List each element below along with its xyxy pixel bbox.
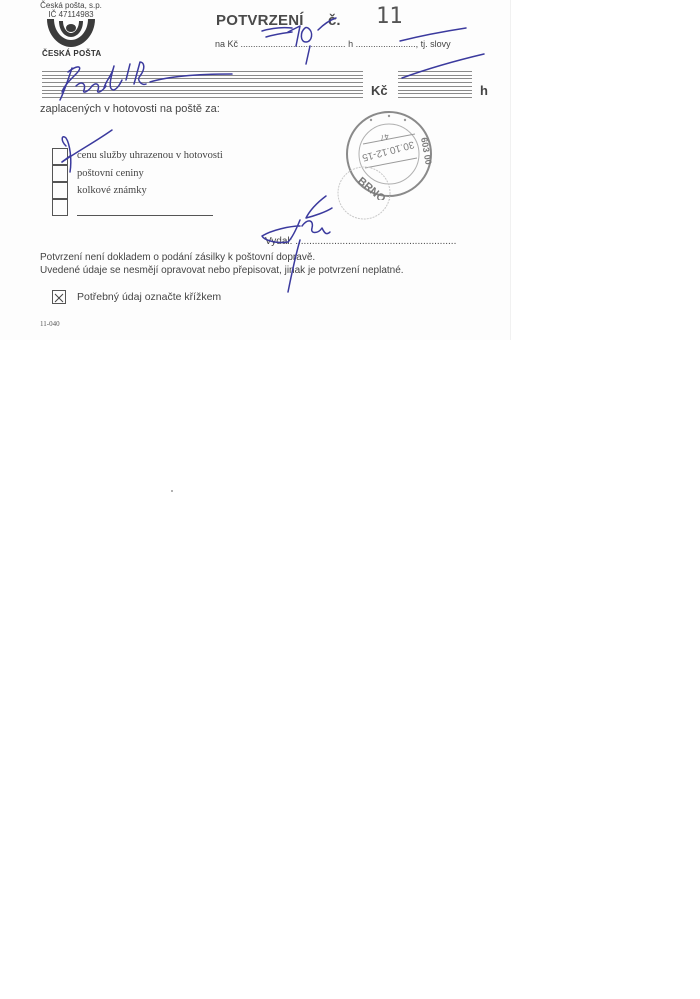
ruled-line [42, 90, 363, 91]
company-info: Česká pošta, s.p. IČ 47114983 [40, 1, 102, 19]
issued-label: Vydal: [265, 236, 292, 247]
form-title: POTVRZENÍ [216, 12, 304, 29]
legend-text: Potřebný údaj označte křížkem [77, 291, 221, 303]
other-option-field[interactable] [77, 215, 213, 216]
legend-checkbox [52, 290, 66, 304]
stamp-date: 30.10.12-15 [360, 138, 415, 163]
ruled-line [42, 78, 363, 79]
kc-label: Kč [371, 83, 388, 98]
disclaimer-note: Uvedené údaje se nesmějí opravovat nebo … [40, 265, 404, 276]
scan-dust [171, 490, 173, 492]
amount-kc-field[interactable]: ........................................… [241, 39, 346, 49]
ruled-line [42, 93, 363, 94]
disclaimer-note: Potvrzení není dokladem o podání zásilky… [40, 252, 315, 263]
number-label: č. [328, 12, 341, 29]
ruled-line [42, 71, 363, 72]
hellers-in-words-field[interactable] [398, 71, 472, 98]
checkbox-other[interactable] [52, 199, 68, 216]
h-label: h [480, 83, 488, 98]
amount-line: na Kč ..................................… [215, 39, 451, 49]
faint-circle-stamp [335, 165, 393, 221]
receipt-number: 11 [376, 4, 403, 29]
amount-h-label: h [348, 39, 353, 49]
amount-h-field[interactable]: ........................ [356, 39, 416, 49]
ruled-line [398, 75, 472, 76]
confirmation-receipt: Česká pošta, s.p. IČ 47114983 ČESKÁ POŠT… [0, 0, 511, 340]
option-label: kolkové známky [77, 185, 147, 196]
checkbox-revenue-stamps[interactable] [52, 182, 68, 199]
ruled-line [398, 82, 472, 83]
posthorn-icon [45, 18, 97, 48]
checkbox-service-price[interactable] [52, 148, 68, 165]
amount-in-words-field[interactable] [42, 71, 363, 98]
checkbox-postal-stamps[interactable] [52, 165, 68, 182]
x-mark-icon [53, 292, 65, 304]
ruled-line [42, 86, 363, 87]
issued-by: Vydal: .................................… [265, 236, 456, 247]
company-name: Česká pošta, s.p. [40, 1, 102, 10]
ruled-line [398, 93, 472, 94]
ruled-line [398, 97, 472, 98]
ruled-line [398, 86, 472, 87]
ruled-line [42, 97, 363, 98]
logo-label: ČESKÁ POŠTA [42, 49, 101, 58]
amount-words-label: , tj. slovy [416, 39, 451, 49]
amount-prefix: na Kč [215, 39, 238, 49]
ruled-line [398, 78, 472, 79]
ruled-line [42, 75, 363, 76]
ruled-line [398, 71, 472, 72]
issued-signature-field[interactable]: ........................................… [295, 236, 456, 247]
stamp-postcode: 603 00 [419, 137, 434, 166]
paid-label: zaplacených v hotovosti na poště za: [40, 103, 220, 115]
form-number: 11-040 [40, 320, 60, 328]
option-label: poštovní ceniny [77, 168, 144, 179]
ruled-line [398, 90, 472, 91]
option-label: cenu služby uhrazenou v hotovosti [77, 150, 223, 161]
ruled-line [42, 82, 363, 83]
